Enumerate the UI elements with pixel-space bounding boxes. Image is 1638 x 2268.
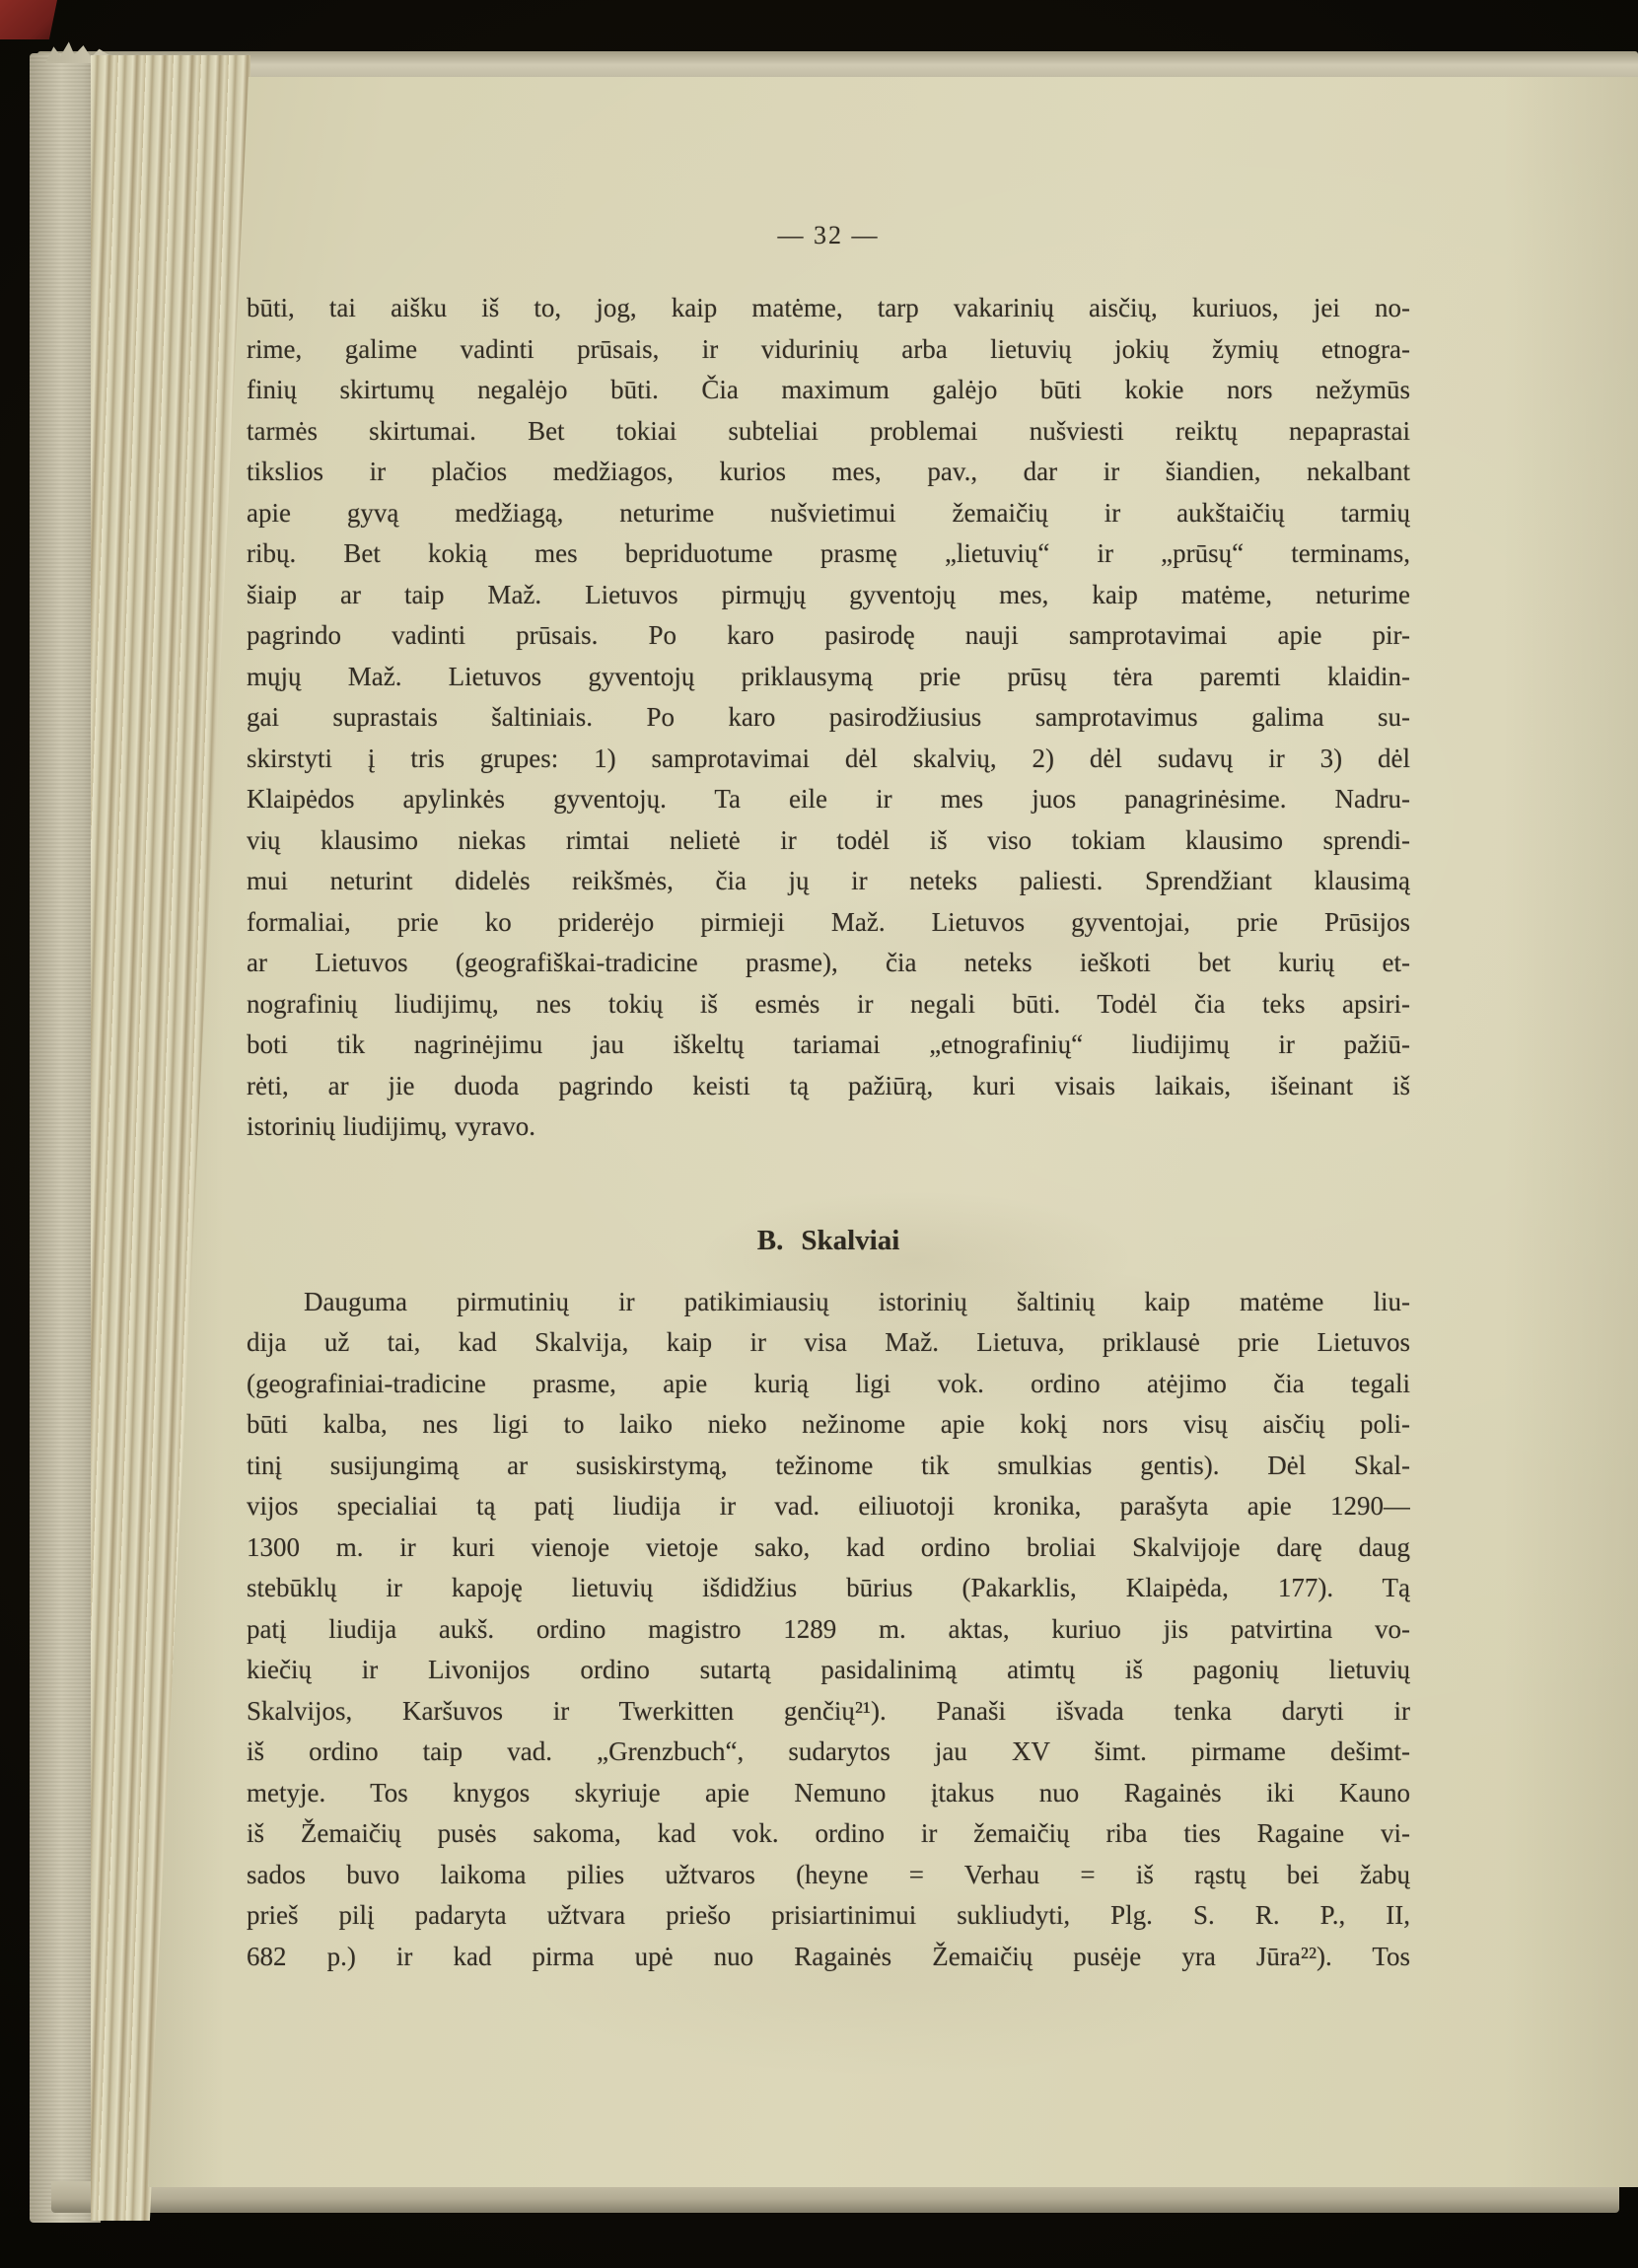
text-line: tarmės skirtumai. Bet tokiai subteliai p… (247, 411, 1410, 453)
text-line: šiaip ar taip Maž. Lietuvos pirmųjų gyve… (247, 575, 1410, 616)
text-line: ar Lietuvos (geografiškai-tradicine pras… (247, 943, 1410, 984)
text-line: prieš pilį padaryta užtvara priešo prisi… (247, 1895, 1410, 1937)
page-number: — 32 — (247, 221, 1410, 250)
text-line: gai suprastais šaltiniais. Po karo pasir… (247, 697, 1410, 739)
text-line: pagrindo vadinti prūsais. Po karo pasiro… (247, 615, 1410, 657)
text-line: vijos specialiai tą patį liudija ir vad.… (247, 1486, 1410, 1527)
page-text-block: — 32 — būti, tai aišku iš to, jog, kaip … (247, 77, 1410, 1977)
text-line: iš Žemaičių pusės sakoma, kad vok. ordin… (247, 1813, 1410, 1855)
text-line: vių klausimo niekas rimtai nelietė ir to… (247, 820, 1410, 862)
text-line: (geografiniai-tradicine prasme, apie kur… (247, 1364, 1410, 1405)
text-line: istorinių liudijimų, vyravo. (247, 1106, 1410, 1148)
text-line: Skalvijos, Karšuvos ir Twerkitten genčių… (247, 1691, 1410, 1733)
paragraph-skalviai: Dauguma pirmutinių ir patikimiausių isto… (247, 1282, 1410, 1978)
text-line: patį liudija aukš. ordino magistro 1289 … (247, 1609, 1410, 1651)
text-line: 682 p.) ir kad pirma upė nuo Ragainės Že… (247, 1937, 1410, 1978)
text-line: kiečių ir Livonijos ordino sutartą pasid… (247, 1650, 1410, 1691)
text-line: 1300 m. ir kuri vienoje vietoje sako, ka… (247, 1527, 1410, 1569)
text-line: tikslios ir plačios medžiagos, kurios me… (247, 452, 1410, 493)
text-line: būti kalba, nes ligi to laiko nieko neži… (247, 1404, 1410, 1446)
book-photo-scene: — 32 — būti, tai aišku iš to, jog, kaip … (0, 0, 1638, 2268)
text-line: finių skirtumų negalėjo būti. Čia maximu… (247, 370, 1410, 411)
text-line: rime, galime vadinti prūsais, ir vidurin… (247, 329, 1410, 371)
book-cover-left-edge (30, 53, 101, 2223)
text-line: Dauguma pirmutinių ir patikimiausių isto… (247, 1282, 1410, 1323)
book-page: — 32 — būti, tai aišku iš to, jog, kaip … (134, 77, 1638, 2187)
text-line: nografinių liudijimų, nes tokių iš esmės… (247, 984, 1410, 1026)
text-line: mui neturint didelės reikšmės, čia jų ir… (247, 861, 1410, 902)
text-line: būti, tai aišku iš to, jog, kaip matėme,… (247, 288, 1410, 329)
section-heading: B.Skalviai (247, 1219, 1410, 1262)
text-line: apie gyvą medžiagą, neturime nušvietimui… (247, 493, 1410, 534)
section-heading-label: B. (757, 1225, 784, 1256)
text-line: tinį susijungimą ar susiskirstymą, težin… (247, 1446, 1410, 1487)
text-line: rėti, ar jie duoda pagrindo keisti tą pa… (247, 1066, 1410, 1107)
text-line: iš ordino taip vad. „Grenzbuch“, sudaryt… (247, 1732, 1410, 1773)
section-heading-title: Skalviai (801, 1225, 899, 1256)
paragraph-continuation: būti, tai aišku iš to, jog, kaip matėme,… (247, 288, 1410, 1148)
text-line: dija už tai, kad Skalvija, kaip ir visa … (247, 1322, 1410, 1364)
text-line: Klaipėdos apylinkės gyventojų. Ta eile i… (247, 779, 1410, 820)
text-line: boti tik nagrinėjimu jau iškeltų tariama… (247, 1025, 1410, 1066)
red-corner-patch (0, 0, 57, 39)
text-line: skirstyti į tris grupes: 1) samprotavima… (247, 739, 1410, 780)
text-line: metyje. Tos knygos skyriuje apie Nemuno … (247, 1773, 1410, 1814)
text-line: mųjų Maž. Lietuvos gyventojų priklausymą… (247, 657, 1410, 698)
text-line: ribų. Bet kokią mes bepriduotume prasmę … (247, 533, 1410, 575)
text-line: sados buvo laikoma pilies užtvaros (heyn… (247, 1855, 1410, 1896)
text-line: formaliai, prie ko priderėjo pirmieji Ma… (247, 902, 1410, 944)
text-line: stebūklų ir kapoję lietuvių išdidžius bū… (247, 1568, 1410, 1609)
